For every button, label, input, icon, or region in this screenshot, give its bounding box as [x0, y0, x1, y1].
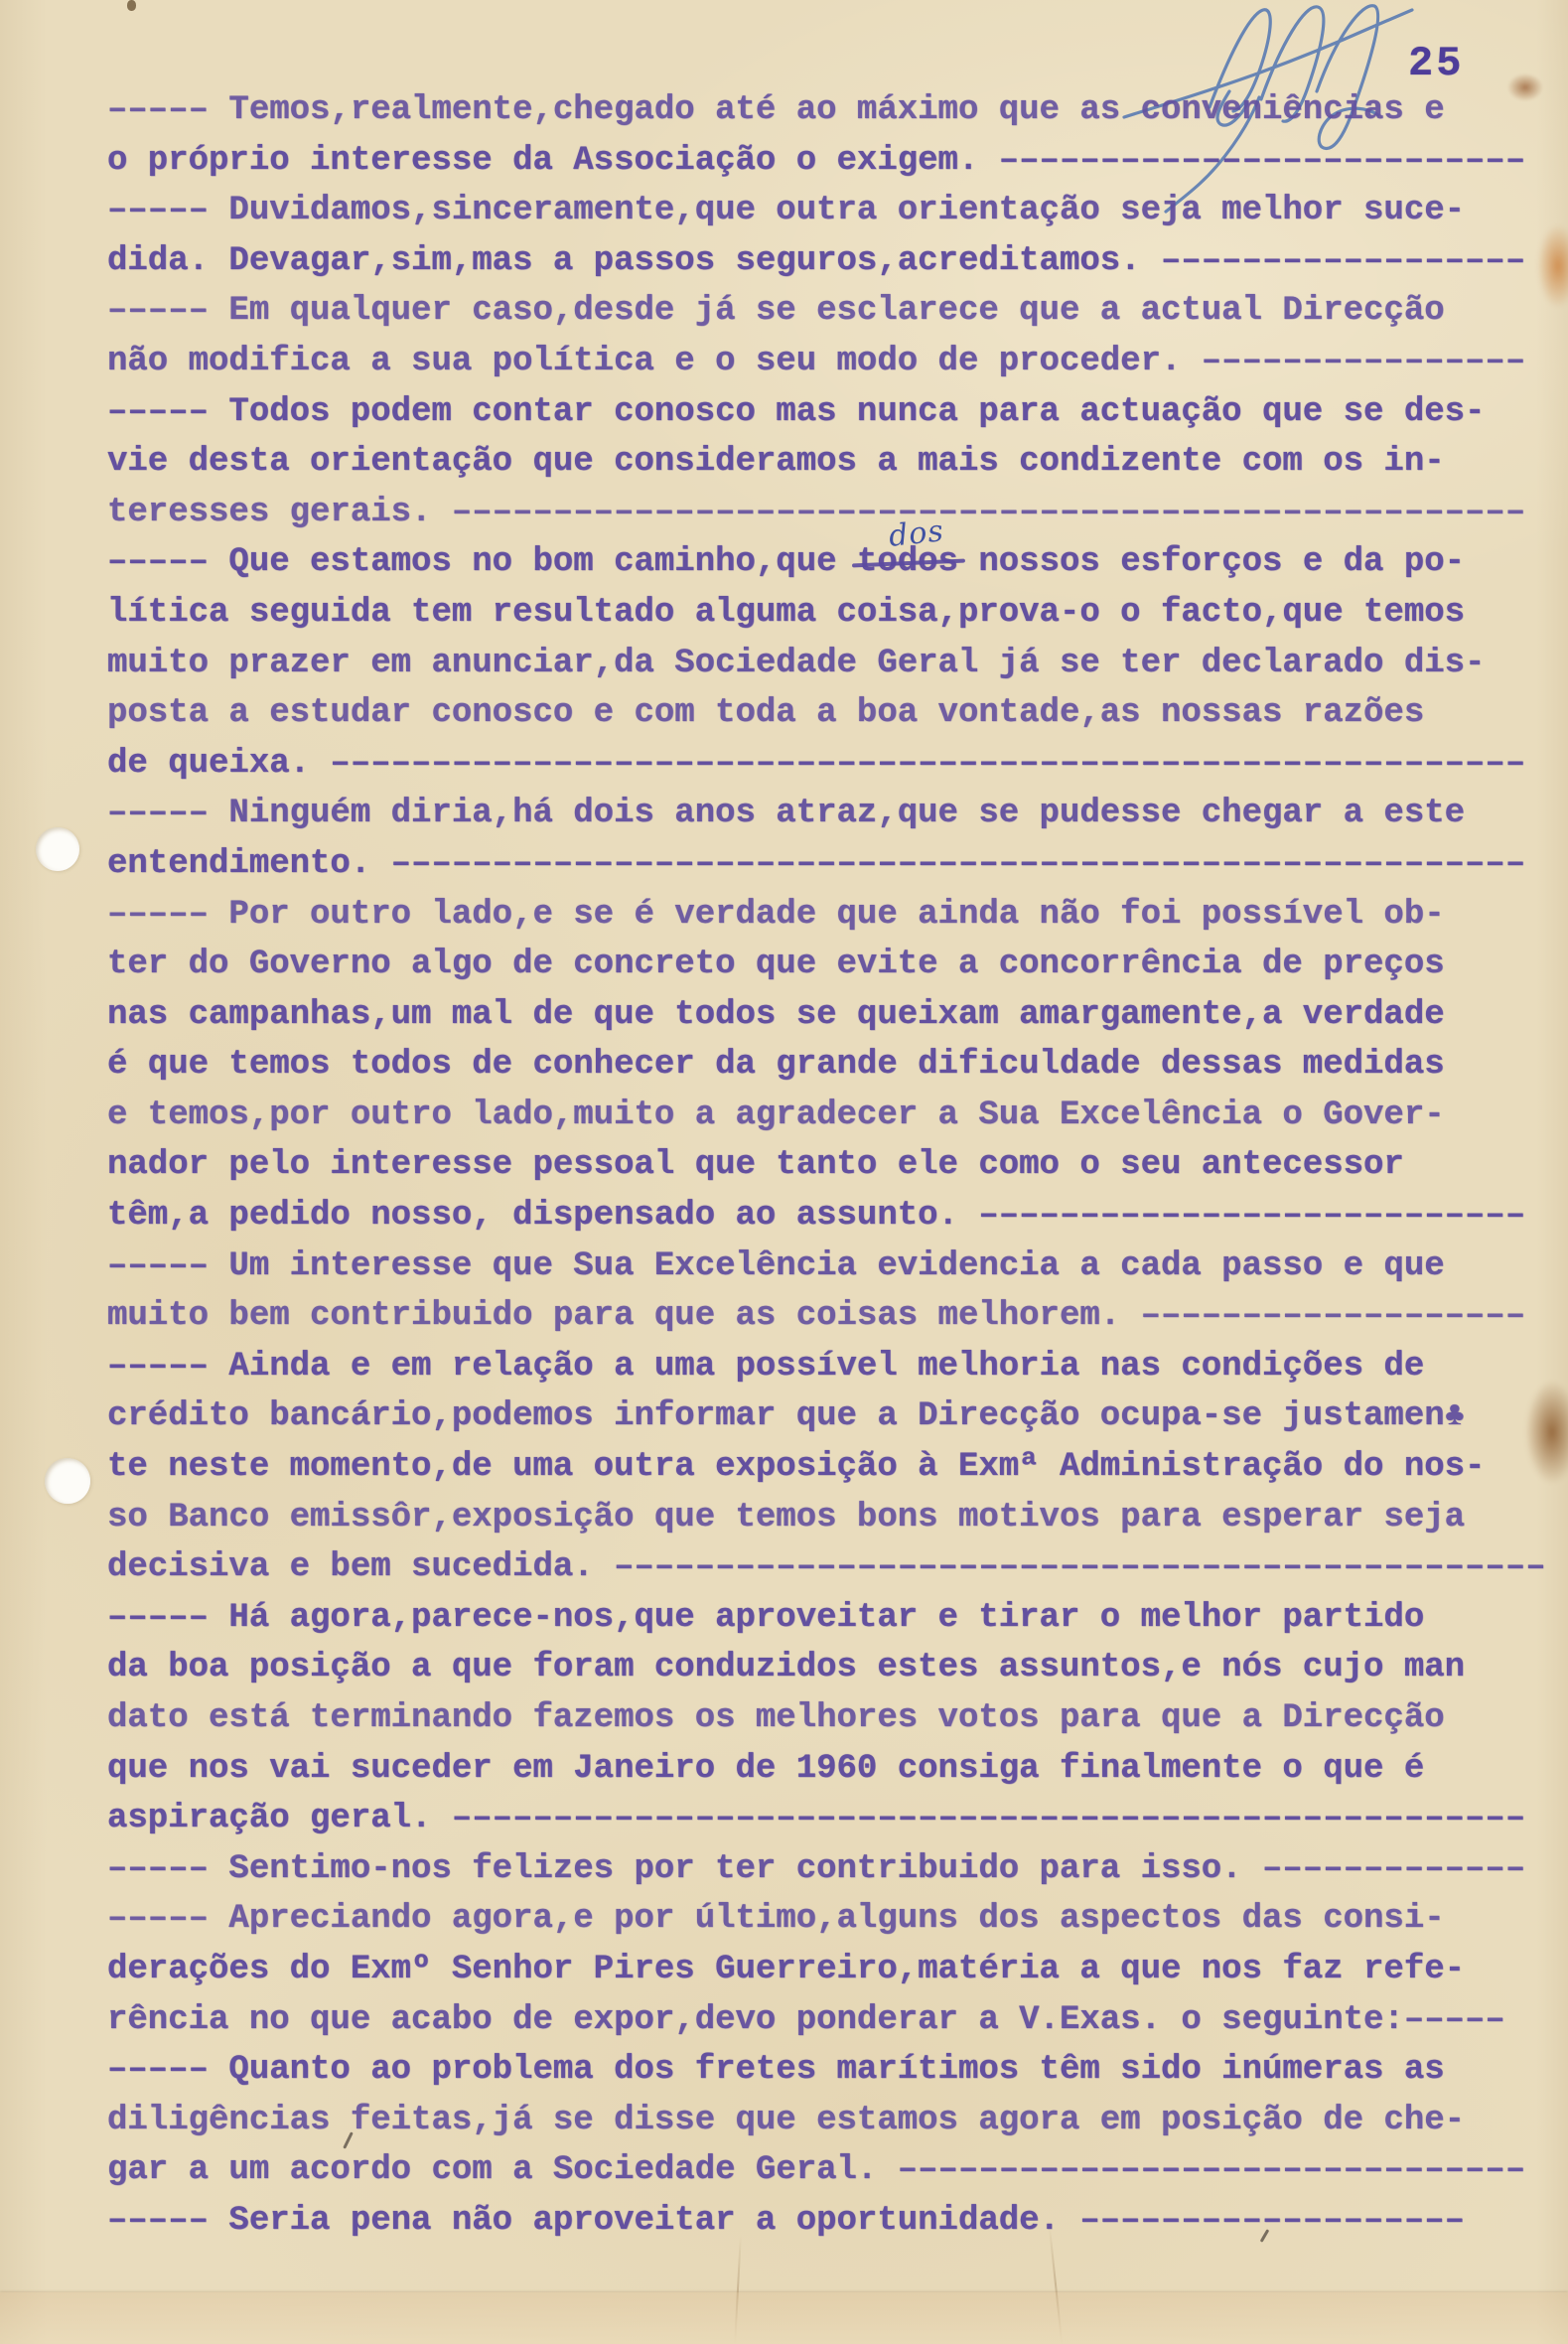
typescript-line: aspiração geral. –––––––––––––––––––––––… — [107, 1794, 1546, 1844]
page-number: 25 — [1408, 40, 1464, 87]
typescript-line: rência no que acabo de expor,devo ponder… — [107, 1995, 1546, 2046]
typescript-line: dato está terminando fazemos os melhores… — [107, 1693, 1546, 1744]
typescript-line: crédito bancário,podemos informar que a … — [107, 1392, 1546, 1442]
typescript-line: posta a estudar conosco e com toda a boa… — [107, 688, 1546, 739]
typescript-line: da boa posição a que foram conduzidos es… — [107, 1643, 1546, 1693]
punch-hole-bottom — [45, 1458, 90, 1504]
typescript-line: o próprio interesse da Associação o exig… — [107, 136, 1546, 187]
typescript-line: de queixa. –––––––––––––––––––––––––––––… — [107, 739, 1546, 790]
typescript-line: diligências feitas,já se disse que estam… — [107, 2096, 1546, 2146]
typescript-line: ––––– Temos,realmente,chegado até ao máx… — [107, 85, 1546, 136]
typescript-line: ––––– Apreciando agora,e por último,algu… — [107, 1894, 1546, 1945]
handwritten-correction: dos — [887, 513, 945, 554]
typescript-line: que nos vai suceder em Janeiro de 1960 c… — [107, 1744, 1546, 1795]
typescript-line: lítica seguida tem resultado alguma cois… — [107, 588, 1546, 639]
typescript-line: ––––– Todos podem contar conosco mas nun… — [107, 387, 1546, 438]
typescript-line: ––––– Ninguém diria,há dois anos atraz,q… — [107, 789, 1546, 839]
typescript-line: ––––– Duvidamos,sinceramente,que outra o… — [107, 186, 1546, 236]
page-bottom-edge — [0, 2292, 1568, 2344]
typescript-line: e temos,por outro lado,muito a agradecer… — [107, 1091, 1546, 1141]
typescript-lines: ––––– Temos,realmente,chegado até ao máx… — [107, 85, 1546, 2247]
punch-hole-top — [36, 827, 79, 871]
typescript-line: ––––– Seria pena não aproveitar a oportu… — [107, 2196, 1546, 2247]
typescript-line: não modifica a sua política e o seu modo… — [107, 337, 1546, 387]
typescript-line: nador pelo interesse pessoal que tanto e… — [107, 1140, 1546, 1191]
typescript-line: teresses gerais. –––––––––––––––––––––––… — [107, 488, 1546, 538]
typescript-line: so Banco emissôr,exposição que temos bon… — [107, 1493, 1546, 1543]
typescript-line: ––––– Por outro lado,e se é verdade que … — [107, 890, 1546, 941]
typescript-line: decisiva e bem sucedida. –––––––––––––––… — [107, 1542, 1546, 1593]
typescript-line: têm,a pedido nosso, dispensado ao assunt… — [107, 1191, 1546, 1242]
typescript-line: gar a um acordo com a Sociedade Geral. –… — [107, 2145, 1546, 2196]
typescript-line: ––––– Há agora,parece-nos,que aproveitar… — [107, 1593, 1546, 1644]
typescript-line: ––––– Sentimo-nos felizes por ter contri… — [107, 1844, 1546, 1895]
typescript-line: muito prazer em anunciar,da Sociedade Ge… — [107, 639, 1546, 689]
typescript-line: muito bem contribuido para que as coisas… — [107, 1291, 1546, 1342]
line-text: ––––– Que estamos no bom caminho,que — [107, 543, 857, 581]
typescript-line: dida. Devagar,sim,mas a passos seguros,a… — [107, 236, 1546, 287]
typescript-line: é que temos todos de conhecer da grande … — [107, 1040, 1546, 1091]
typescript-line: ––––– Em qualquer caso,desde já se escla… — [107, 286, 1546, 337]
typescript-line: entendimento. ––––––––––––––––––––––––––… — [107, 839, 1546, 890]
typescript-line: ––––– Que estamos no bom caminho,que tod… — [107, 537, 1546, 588]
typescript-line: derações do Exmº Senhor Pires Guerreiro,… — [107, 1945, 1546, 1995]
typescript-line: nas campanhas,um mal de que todos se que… — [107, 990, 1546, 1041]
typescript-line: vie desta orientação que consideramos a … — [107, 437, 1546, 488]
typescript-line: ––––– Um interesse que Sua Excelência ev… — [107, 1242, 1546, 1292]
typescript-line: ––––– Quanto ao problema dos fretes marí… — [107, 2045, 1546, 2096]
typescript-line: ––––– Ainda e em relação a uma possível … — [107, 1342, 1546, 1392]
line-text: nossos esforços e da po- — [958, 543, 1465, 581]
typescript-line: te neste momento,de uma outra exposição … — [107, 1442, 1546, 1493]
typescript-line: ter do Governo algo de concreto que evit… — [107, 940, 1546, 990]
strike-line — [852, 558, 965, 567]
scanned-typescript-page: { "page_number": "25", "handwritten_anno… — [0, 0, 1568, 2344]
fleck-top-edge — [127, 0, 136, 11]
